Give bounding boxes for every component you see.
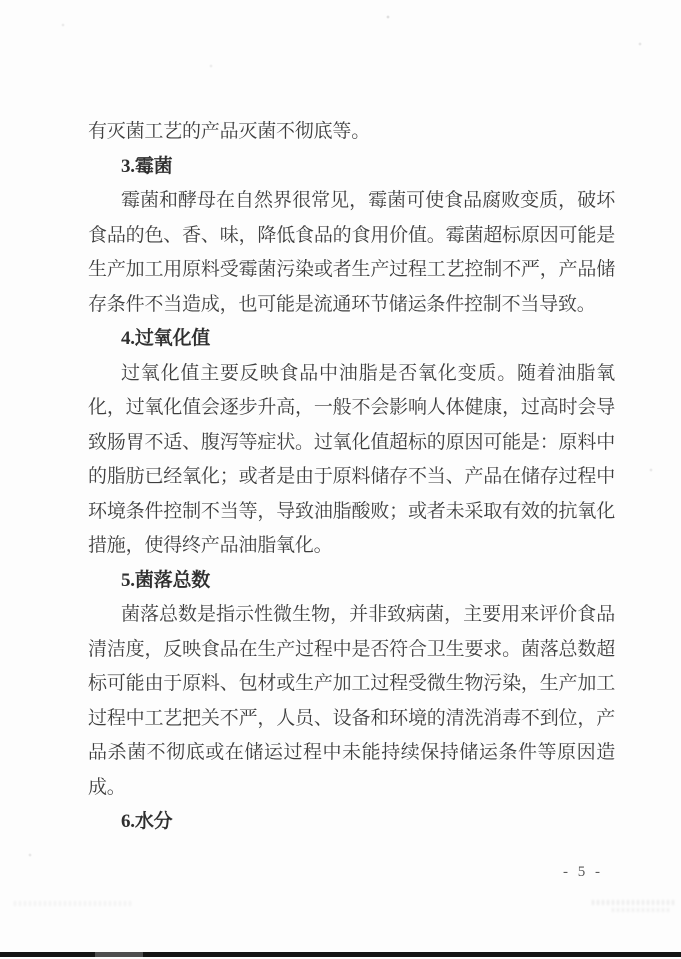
text-line: 存条件不当造成，也可能是流通环节储运条件控制不当导致。 — [88, 288, 615, 323]
text-line: 菌落总数是指示性微生物，并非致病菌，主要用来评价食品 — [88, 598, 615, 633]
text-line: 品杀菌不彻底或在储运过程中未能持续保持储运条件等原因造 — [88, 736, 615, 771]
scan-noise-right-2 — [612, 908, 672, 912]
scan-edge-bar — [0, 952, 681, 957]
text-line: 霉菌和酵母在自然界很常见，霉菌可使食品腐败变质，破坏 — [88, 184, 615, 219]
text-line: 清洁度，反映食品在生产过程中是否符合卫生要求。菌落总数超 — [88, 633, 615, 668]
text-line: 过程中工艺把关不严，人员、设备和环境的清洗消毒不到位，产 — [88, 702, 615, 737]
scan-noise-right — [592, 900, 674, 905]
document-body: 有灭菌工艺的产品灭菌不彻底等。3.霉菌霉菌和酵母在自然界很常见，霉菌可使食品腐败… — [88, 115, 615, 840]
text-line: 食品的色、香、味，降低食品的食用价值。霉菌超标原因可能是 — [88, 219, 615, 254]
text-line: 有灭菌工艺的产品灭菌不彻底等。 — [88, 115, 615, 150]
section-heading: 6.水分 — [88, 805, 615, 840]
scanned-page: 有灭菌工艺的产品灭菌不彻底等。3.霉菌霉菌和酵母在自然界很常见，霉菌可使食品腐败… — [0, 0, 681, 959]
text-line: 过氧化值主要反映食品中油脂是否氧化变质。随着油脂氧 — [88, 357, 615, 392]
text-line: 化，过氧化值会逐步升高，一般不会影响人体健康，过高时会导 — [88, 391, 615, 426]
scan-noise-left — [14, 901, 132, 906]
section-heading: 5.菌落总数 — [88, 564, 615, 599]
page-number: - 5 - — [563, 864, 603, 881]
scan-edge-bar-light-segment — [95, 952, 143, 957]
text-line: 致肠胃不适、腹泻等症状。过氧化值超标的原因可能是：原料中 — [88, 426, 615, 461]
text-line: 标可能由于原料、包材或生产加工过程受微生物污染，生产加工 — [88, 667, 615, 702]
section-heading: 3.霉菌 — [88, 150, 615, 185]
section-heading: 4.过氧化值 — [88, 322, 615, 357]
text-line: 成。 — [88, 771, 615, 806]
text-line: 生产加工用原料受霉菌污染或者生产过程工艺控制不严，产品储 — [88, 253, 615, 288]
text-line: 的脂肪已经氧化；或者是由于原料储存不当、产品在储存过程中 — [88, 460, 615, 495]
text-line: 环境条件控制不当等，导致油脂酸败；或者未采取有效的抗氧化 — [88, 495, 615, 530]
text-line: 措施，使得终产品油脂氧化。 — [88, 529, 615, 564]
